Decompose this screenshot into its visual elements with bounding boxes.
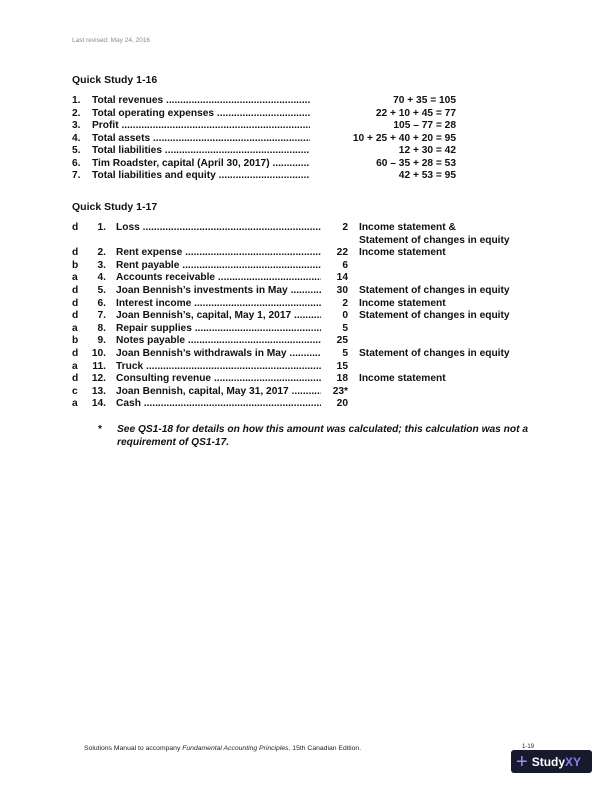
item-calculation: 105 – 77 = 28 [330,120,456,133]
item-number: 6. [82,298,106,311]
item-calculation: 10 + 25 + 40 + 20 = 95 [330,133,456,146]
item-label: Total operating expenses [92,108,310,121]
item-number: 14. [82,398,106,411]
qs17-title: Quick Study 1-17 [72,201,157,213]
qs17-row: d 7. Joan Bennish’s, capital, May 1, 201… [0,310,612,323]
item-statement: Statement of changes in equity [359,348,510,361]
qs17-row: a 14. Cash 20 [0,398,612,411]
qs16-row: 5. Total liabilities 12 + 30 = 42 [0,145,612,158]
item-label: Rent expense [116,247,321,260]
item-label: Rent payable [116,260,321,273]
item-number: 11. [82,361,106,374]
item-amount: 2 [320,298,348,311]
item-number: 9. [82,335,106,348]
item-calculation: 42 + 53 = 95 [330,170,456,183]
qs16-row: 6. Tim Roadster, capital (April 30, 2017… [0,158,612,171]
item-label: Consulting revenue [116,373,321,386]
qs16-row: 7. Total liabilities and equity 42 + 53 … [0,170,612,183]
footer-post: , 15th Canadian Edition. [289,745,362,752]
qs16-row: 1. Total revenues 70 + 35 = 105 [0,95,612,108]
footer-text: Solutions Manual to accompany Fundamenta… [84,745,361,752]
qs17-row: d 5. Joan Bennish’s investments in May 3… [0,285,612,298]
item-statement-2: Statement of changes in equity [359,235,510,248]
qs16-title: Quick Study 1-16 [72,74,157,86]
item-number: 7. [82,310,106,323]
item-number: 13. [82,386,106,399]
item-number: 1. [72,95,92,108]
item-label: Joan Bennish’s investments in May [116,285,321,298]
item-amount: 5 [320,323,348,336]
qs17-row: d 10. Joan Bennish’s withdrawals in May … [0,348,612,361]
item-label: Joan Bennish’s, capital, May 1, 2017 [116,310,321,323]
item-number: 4. [82,272,106,285]
qs17-row: d 1. Loss 2 Income statement &Statement … [0,222,612,235]
footnote-text: See QS1-18 for details on how this amoun… [117,424,557,449]
item-amount: 14 [320,272,348,285]
item-statement: Statement of changes in equity [359,285,510,298]
item-statement: Income statement [359,373,446,386]
qs17-row: d 2. Rent expense 22 Income statement [0,247,612,260]
item-amount: 25 [320,335,348,348]
item-statement: Income statement [359,298,446,311]
item-amount: 0 [320,310,348,323]
item-number: 4. [72,133,92,146]
item-amount: 20 [320,398,348,411]
qs17-row: a 11. Truck 15 [0,361,612,374]
item-number: 2. [82,247,106,260]
qs17-row: b 9. Notes payable 25 [0,335,612,348]
item-label: Total revenues [92,95,310,108]
qs17-row: c 13. Joan Bennish, capital, May 31, 201… [0,386,612,399]
item-number: 10. [82,348,106,361]
item-number: 3. [72,120,92,133]
footer-pre: Solutions Manual to accompany [84,745,182,752]
footnote-marker: * [98,424,102,437]
item-label: Total assets [92,133,310,146]
item-number: 5. [72,145,92,158]
item-statement: Income statement [359,247,446,260]
item-number: 12. [82,373,106,386]
plus-icon: + [516,752,528,772]
studyxy-badge[interactable]: + StudyXY [511,750,592,773]
item-calculation: 60 – 35 + 28 = 53 [330,158,456,171]
item-amount: 30 [320,285,348,298]
item-label: Cash [116,398,321,411]
item-label: Loss [116,222,321,235]
item-number: 5. [82,285,106,298]
footer-book-title: Fundamental Accounting Principles [182,745,288,752]
item-calculation: 12 + 30 = 42 [330,145,456,158]
item-label: Notes payable [116,335,321,348]
item-number: 8. [82,323,106,336]
qs16-row: 4. Total assets 10 + 25 + 40 + 20 = 95 [0,133,612,146]
revised-date: Last revised: May 24, 2016 [72,37,150,44]
item-label: Repair supplies [116,323,321,336]
qs17-row: a 4. Accounts receivable 14 [0,272,612,285]
item-number: 1. [82,222,106,235]
item-statement: Income statement & [359,222,456,235]
item-number: 2. [72,108,92,121]
item-amount: 22 [320,247,348,260]
item-calculation: 70 + 35 = 105 [330,95,456,108]
qs16-row: 2. Total operating expenses 22 + 10 + 45… [0,108,612,121]
qs17-row: d 12. Consulting revenue 18 Income state… [0,373,612,386]
badge-brand: Study [532,755,565,769]
item-number: 3. [82,260,106,273]
item-calculation: 22 + 10 + 45 = 77 [330,108,456,121]
item-amount: 18 [320,373,348,386]
item-label: Joan Bennish, capital, May 31, 2017 [116,386,321,399]
item-label: Tim Roadster, capital (April 30, 2017) [92,158,310,171]
item-label: Truck [116,361,321,374]
badge-brand-accent: XY [565,755,581,769]
item-amount: 2 [320,222,348,235]
item-number: 7. [72,170,92,183]
qs16-row: 3. Profit 105 – 77 = 28 [0,120,612,133]
item-amount: 5 [320,348,348,361]
qs17-row: d 6. Interest income 2 Income statement [0,298,612,311]
item-amount: 23* [320,386,348,399]
item-label: Interest income [116,298,321,311]
item-statement: Statement of changes in equity [359,310,510,323]
item-label: Profit [92,120,310,133]
qs17-row: b 3. Rent payable 6 [0,260,612,273]
item-label: Accounts receivable [116,272,321,285]
item-label: Total liabilities and equity [92,170,310,183]
item-amount: 15 [320,361,348,374]
item-number: 6. [72,158,92,171]
item-amount: 6 [320,260,348,273]
item-label: Joan Bennish’s withdrawals in May [116,348,321,361]
item-label: Total liabilities [92,145,310,158]
qs17-row: a 8. Repair supplies 5 [0,323,612,336]
